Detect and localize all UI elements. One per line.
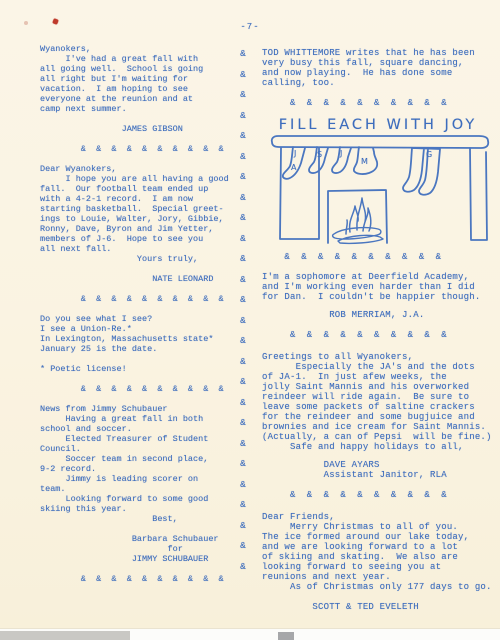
ampersand-column-divider: & & & & & & & & & & & & & & & & & & & & … xyxy=(237,44,249,577)
right-column: TOD WHITTEMORE writes that he has been v… xyxy=(262,48,498,612)
stocking-letter-4: J xyxy=(339,149,343,158)
mantel-shelf xyxy=(272,136,488,148)
stocking-letter-1: J xyxy=(293,149,297,158)
newsletter-page: -7- & & & & & & & & & & & & & & & & & & … xyxy=(0,0,500,640)
poem-union-re: Do you see what I see? I see a Union-Re.… xyxy=(40,314,238,354)
footnote-poetic-license: * Poetic license! xyxy=(40,364,238,374)
page-number: -7- xyxy=(0,22,500,32)
stocking-letter-3: S xyxy=(317,150,322,159)
left-column: Wyanokers, I've had a great fall with al… xyxy=(40,44,238,584)
ampersand-separator: & & & & & & & & & & xyxy=(262,490,498,500)
ampersand-separator: & & & & & & & & & & xyxy=(40,294,238,304)
ampersand-separator: & & & & & & & & & & xyxy=(40,574,238,584)
letter-nate-leonard: Dear Wyanokers, I hope you are all havin… xyxy=(40,164,238,264)
signature-nate-leonard: NATE LEONARD xyxy=(40,274,238,284)
scan-edge-dark-patch xyxy=(278,632,294,640)
stocking-letter-5: M xyxy=(361,157,368,166)
fireplace-right-pillar xyxy=(470,148,487,240)
signature-dave-ayars: DAVE AYARS Assistant Janitor, RLA xyxy=(262,460,498,480)
ampersand-separator: & & & & & & & & & & xyxy=(262,330,498,340)
signature-james-gibson: JAMES GIBSON xyxy=(40,124,238,134)
signature-schubauer: Barbara Schubauer for JIMMY SCHUBAUER xyxy=(40,534,238,564)
ampersand-separator: & & & & & & & & & & xyxy=(40,144,238,154)
note-rob-merriam: I'm a sophomore at Deerfield Academy, an… xyxy=(262,272,498,302)
signature-rob-merriam: ROB MERRIAM, J.A. xyxy=(262,310,498,320)
signature-eveleth: SCOTT & TED EVELETH xyxy=(262,602,498,612)
letter-james-gibson: Wyanokers, I've had a great fall with al… xyxy=(40,44,238,114)
stocking-letter-2: A xyxy=(291,163,297,172)
fire-logs xyxy=(333,228,383,244)
stocking-letter-6: G xyxy=(426,150,432,159)
scan-edge-gray xyxy=(0,631,130,640)
note-tod-whittemore: TOD WHITTEMORE writes that he has been v… xyxy=(262,48,498,88)
ampersand-separator: & & & & & & & & & & xyxy=(262,98,498,108)
letter-eveleth: Dear Friends, Merry Christmas to all of … xyxy=(262,512,498,592)
fireplace-drawing: FILL EACH WITH JOY J A S J M G xyxy=(262,112,494,248)
ampersand-separator: & & & & & & & & & & xyxy=(40,384,238,394)
news-jimmy-schubauer: News from Jimmy Schubauer Having a great… xyxy=(40,404,238,524)
ampersand-separator: & & & & & & & & & & xyxy=(262,252,498,262)
drawing-title: FILL EACH WITH JOY xyxy=(279,117,478,133)
letter-dave-ayars: Greetings to all Wyanokers, Especially t… xyxy=(262,352,498,452)
stocking-pair-large xyxy=(403,148,440,195)
